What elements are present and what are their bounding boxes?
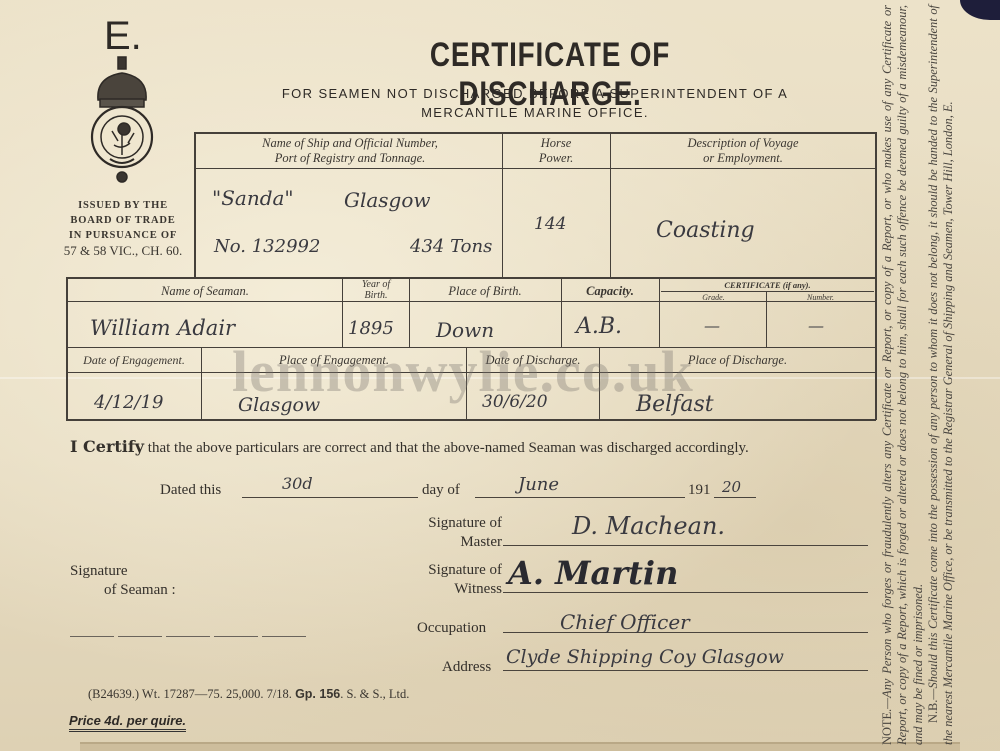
note-label: NOTE. xyxy=(880,709,894,745)
ship-name-value: "Sanda" xyxy=(212,186,294,210)
label-line: Master xyxy=(408,533,502,552)
dated-year-value: 20 xyxy=(722,478,741,496)
grade-value: — xyxy=(704,316,720,335)
header-horse-power: Horse Power. xyxy=(504,136,608,166)
seaman-name-value: William Adair xyxy=(90,316,235,340)
imprint-prefix: (B24639.) Wt. 17287—75. 25,000. 7/18. xyxy=(88,687,292,701)
label-line: Witness xyxy=(404,580,502,599)
header-grade: Grade. xyxy=(661,292,766,303)
header-place-of-birth: Place of Birth. xyxy=(410,284,560,299)
label-line: of Seaman : xyxy=(70,581,176,600)
header-seaman-name: Name of Seaman. xyxy=(70,284,340,299)
occupation-label: Occupation xyxy=(417,620,486,637)
occupation-value: Chief Officer xyxy=(560,610,690,634)
label-line: Signature of xyxy=(404,561,502,580)
header-text: or Employment. xyxy=(612,151,874,166)
header-year-of-birth: Year of Birth. xyxy=(343,279,409,301)
imprint-group: Gp. 156 xyxy=(295,687,340,701)
dated-day-value: 30d xyxy=(282,474,313,493)
header-date-of-engagement: Date of Engagement. xyxy=(67,353,201,368)
dated-month-value: June xyxy=(518,474,559,495)
royal-crest-icon xyxy=(84,55,160,190)
header-certificate: CERTIFICATE (if any). xyxy=(661,280,874,291)
subtitle-line-2: MERCANTILE MARINE OFFICE. xyxy=(220,103,850,122)
year-prefix-label: 191 xyxy=(688,482,711,499)
header-text: Power. xyxy=(504,151,608,166)
certify-lead: I Certify xyxy=(70,437,144,456)
header-text: Horse xyxy=(504,136,608,151)
subtitle: FOR SEAMEN NOT DISCHARGED BEFORE A SUPER… xyxy=(220,84,850,122)
issued-by-line: ISSUED BY THE xyxy=(56,198,190,213)
issued-by-line: IN PURSUANCE OF xyxy=(56,228,190,243)
header-voyage: Description of Voyage or Employment. xyxy=(612,136,874,166)
master-signature-label: Signature of Master xyxy=(408,514,502,552)
issued-by-block: ISSUED BY THE BOARD OF TRADE IN PURSUANC… xyxy=(56,198,190,258)
watermark: lennonwylie.co.uk xyxy=(232,338,694,405)
form-letter: E. xyxy=(104,14,142,59)
official-number-value: No. 132992 xyxy=(214,236,320,257)
side-note: NOTE.—Any Person who forges or fraudulen… xyxy=(880,5,956,745)
note-text: —Any Person who forges or fraudulently a… xyxy=(880,5,925,745)
issued-by-line: BOARD OF TRADE xyxy=(56,213,190,228)
year-of-birth-value: 1895 xyxy=(348,318,394,339)
date-of-engagement-value: 4/12/19 xyxy=(94,392,163,413)
port-of-registry-value: Glasgow xyxy=(344,188,431,212)
header-capacity: Capacity. xyxy=(562,284,658,299)
certify-text: that the above particulars are correct a… xyxy=(144,440,749,456)
header-text: Year of xyxy=(343,279,409,290)
seaman-signature-label: Signature of Seaman : xyxy=(70,562,176,600)
master-signature-value: D. Machean. xyxy=(572,512,725,540)
voyage-value: Coasting xyxy=(656,218,755,243)
address-value: Clyde Shipping Coy Glasgow xyxy=(506,646,784,668)
header-text: Description of Voyage xyxy=(612,136,874,151)
torn-bottom-edge xyxy=(80,742,960,751)
capacity-value: A.B. xyxy=(576,314,622,339)
day-of-label: day of xyxy=(422,482,460,499)
witness-signature-label: Signature of Witness xyxy=(404,561,502,599)
imprint-suffix: . S. & S., Ltd. xyxy=(340,687,409,701)
tonnage-value: 434 Tons xyxy=(410,236,492,257)
label-line: Signature xyxy=(70,562,176,581)
header-number: Number. xyxy=(767,292,874,303)
horse-power-value: 144 xyxy=(534,214,566,234)
address-label: Address xyxy=(442,659,491,676)
label-line: Signature of xyxy=(408,514,502,533)
number-value: — xyxy=(808,316,824,335)
header-text: Birth. xyxy=(343,290,409,301)
nb-text: —Should this Certificate come into the p… xyxy=(926,5,955,745)
dated-this-label: Dated this xyxy=(160,482,221,499)
header-text: Port of Registry and Tonnage. xyxy=(200,151,500,166)
price-note: Price 4d. per quire. xyxy=(69,713,186,732)
nb-label: N.B. xyxy=(926,700,940,745)
subtitle-line-1: FOR SEAMEN NOT DISCHARGED BEFORE A SUPER… xyxy=(220,84,850,103)
issued-by-act: 57 & 58 VIC., CH. 60. xyxy=(56,243,190,258)
header-text: Name of Ship and Official Number, xyxy=(200,136,500,151)
printer-imprint: (B24639.) Wt. 17287—75. 25,000. 7/18. Gp… xyxy=(88,687,409,702)
header-ship: Name of Ship and Official Number, Port o… xyxy=(200,136,500,166)
certify-statement: I Certify that the above particulars are… xyxy=(70,437,870,458)
witness-signature-value: A. Martin xyxy=(508,554,678,592)
